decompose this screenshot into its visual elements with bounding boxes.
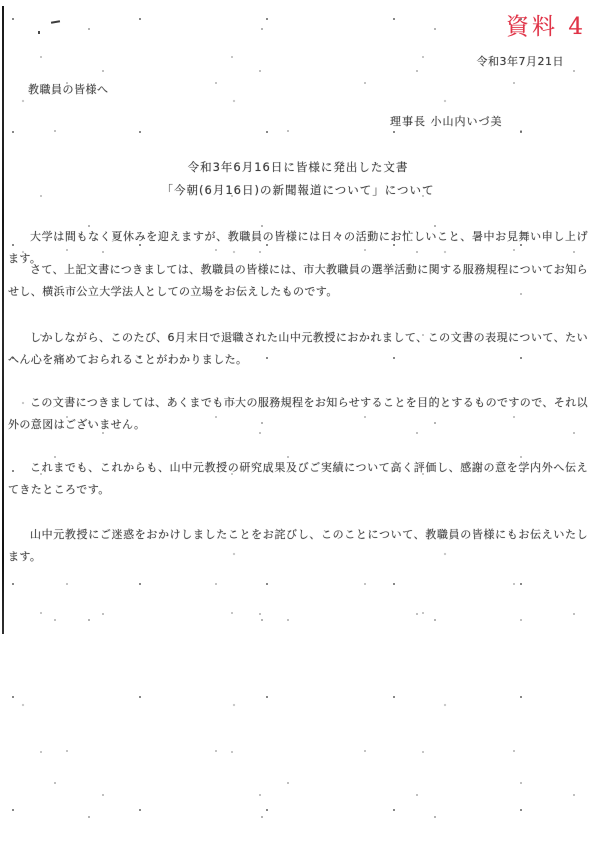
sender-line: 理事長 小山内いづ美 — [390, 113, 503, 129]
body-paragraph-3: しかしながら、このたび、6月末日で退職された山中元教授におかれまして、この文書の… — [8, 327, 588, 371]
document-title: 令和3年6月16日に皆様に発出した文書 「今朝(6月16日)の新聞報道について」… — [0, 156, 596, 202]
document-title-line-2: 「今朝(6月16日)の新聞報道について」について — [0, 179, 596, 202]
recipient-line: 教職員の皆様へ — [28, 81, 109, 97]
body-paragraph-4: この文書につきましては、あくまでも市大の服務規程をお知らせすることを目的とするも… — [8, 392, 588, 436]
scan-stray-dot — [38, 31, 40, 34]
body-paragraph-5: これまでも、これからも、山中元教授の研究成果及びご実績について高く評価し、感謝の… — [8, 457, 588, 501]
document-date: 令和3年7月21日 — [477, 53, 565, 69]
body-paragraph-6: 山中元教授にご迷惑をおかけしましたことをお詫びし、このことについて、教職員の皆様… — [8, 524, 588, 568]
scan-edge-artifact-line — [2, 6, 4, 634]
reference-tag-shiryo-4: 資料 4 — [506, 8, 586, 41]
scanned-letter-page: 資料 4 令和3年7月21日 教職員の皆様へ 理事長 小山内いづ美 令和3年6月… — [0, 0, 596, 843]
document-title-line-1: 令和3年6月16日に皆様に発出した文書 — [0, 156, 596, 179]
body-paragraph-2: さて、上記文書につきましては、教職員の皆様には、市大教職員の選挙活動に関する服務… — [8, 259, 588, 303]
scan-stray-mark — [51, 20, 60, 24]
